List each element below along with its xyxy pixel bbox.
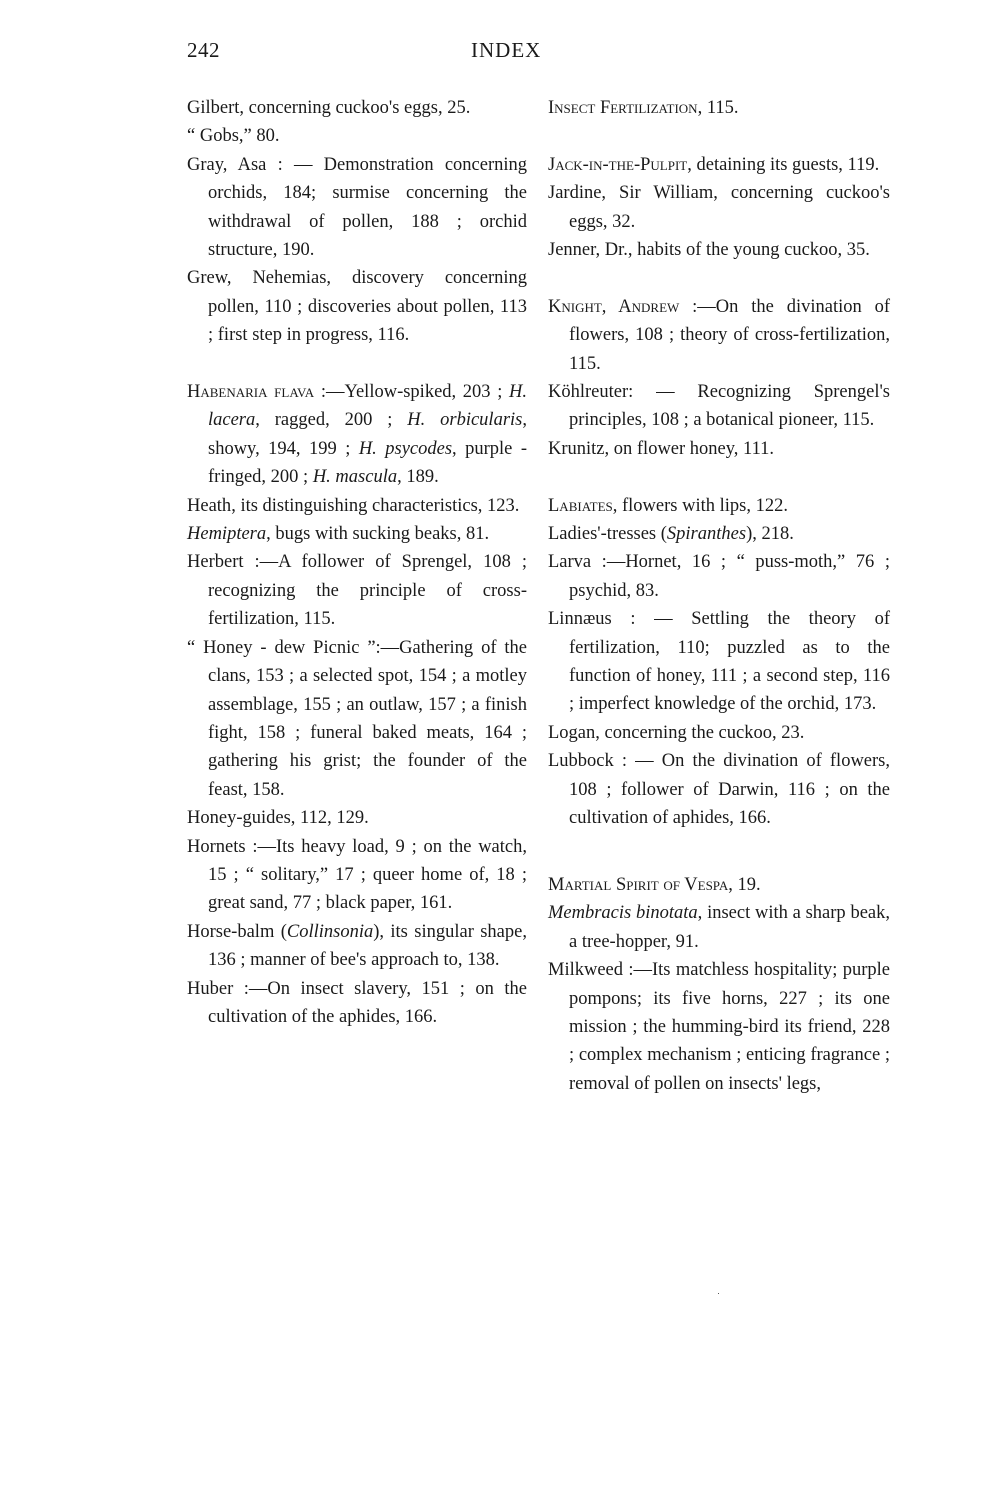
index-column-left: Gilbert, concerning cuckoo's eggs, 25. “…: [187, 94, 527, 1031]
index-entry-huber: Huber :—On insect slavery, 151 ; on the …: [187, 975, 527, 1032]
index-entry-gobs: “ Gobs,” 80.: [187, 122, 527, 150]
index-entry-milkweed: Milkweed :—Its matchless hospitality; pu…: [548, 956, 890, 1098]
index-entry-honey-guides: Honey-guides, 112, 129.: [187, 804, 527, 832]
index-entry-jack-in-the-pulpit: Jack-in-the-Pulpit, detaining its guests…: [548, 151, 890, 179]
index-entry-jenner: Jenner, Dr., habits of the young cuckoo,…: [548, 236, 890, 264]
index-entry-lubbock: Lubbock : — On the divination of flowers…: [548, 747, 890, 832]
section-gap: [187, 350, 527, 378]
index-entry-heath: Heath, its distinguishing characteristic…: [187, 492, 527, 520]
running-head: INDEX: [471, 38, 541, 63]
section-gap: [548, 122, 890, 150]
index-entry-kohlreuter: Köhlreuter: — Recognizing Sprengel's pri…: [548, 378, 890, 435]
index-entry-membracis-binotata: Membracis binotata, insect with a sharp …: [548, 899, 890, 956]
page-number: 242: [187, 38, 220, 63]
page-header: 242 INDEX: [187, 38, 899, 68]
index-entry-ladies-tresses: Ladies'-tresses (Spiranthes), 218.: [548, 520, 890, 548]
index-entry-krunitz: Krunitz, on flower honey, 111.: [548, 435, 890, 463]
index-entry-larva: Larva :—Hornet, 16 ; “ puss-moth,” 76 ; …: [548, 548, 890, 605]
index-entry-martial-spirit-of-vespa: Martial Spirit of Vespa, 19.: [548, 871, 890, 899]
index-entry-horse-balm: Horse-balm (Collinsonia), its singular s…: [187, 918, 527, 975]
index-entry-herbert: Herbert :—A follower of Sprengel, 108 ; …: [187, 548, 527, 633]
index-entry-knight-andrew: Knight, Andrew :—On the divination of fl…: [548, 293, 890, 378]
index-entry-hemiptera: Hemiptera, bugs with sucking beaks, 81.: [187, 520, 527, 548]
index-entry-labiates: Labiates, flowers with lips, 122.: [548, 492, 890, 520]
index-entry-linnaeus: Linnæus : — Settling the theory of ferti…: [548, 605, 890, 719]
index-entry-honey-dew-picnic: “ Honey - dew Picnic ”:—Gathering of the…: [187, 634, 527, 804]
section-gap: [548, 833, 890, 861]
index-entry-logan: Logan, concerning the cuckoo, 23.: [548, 719, 890, 747]
index-entry-gray-asa: Gray, Asa : — Demonstration concerning o…: [187, 151, 527, 265]
index-entry-grew-nehemias: Grew, Nehemias, discovery concerning pol…: [187, 264, 527, 349]
index-entry-jardine: Jardine, Sir William, concerning cuckoo'…: [548, 179, 890, 236]
index-entry-gilbert: Gilbert, concerning cuckoo's eggs, 25.: [187, 94, 527, 122]
section-gap: [548, 463, 890, 491]
index-column-right: Insect Fertilization, 115. Jack-in-the-P…: [548, 94, 890, 1098]
index-entry-habenaria-flava: Habenaria flava :—Yellow-spiked, 203 ; H…: [187, 378, 527, 492]
index-entry-hornets: Hornets :—Its heavy load, 9 ; on the wat…: [187, 833, 527, 918]
section-gap: [548, 861, 890, 871]
section-gap: [548, 264, 890, 292]
index-entry-insect-fertilization: Insect Fertilization, 115.: [548, 94, 890, 122]
scan-speck: [718, 1293, 719, 1294]
